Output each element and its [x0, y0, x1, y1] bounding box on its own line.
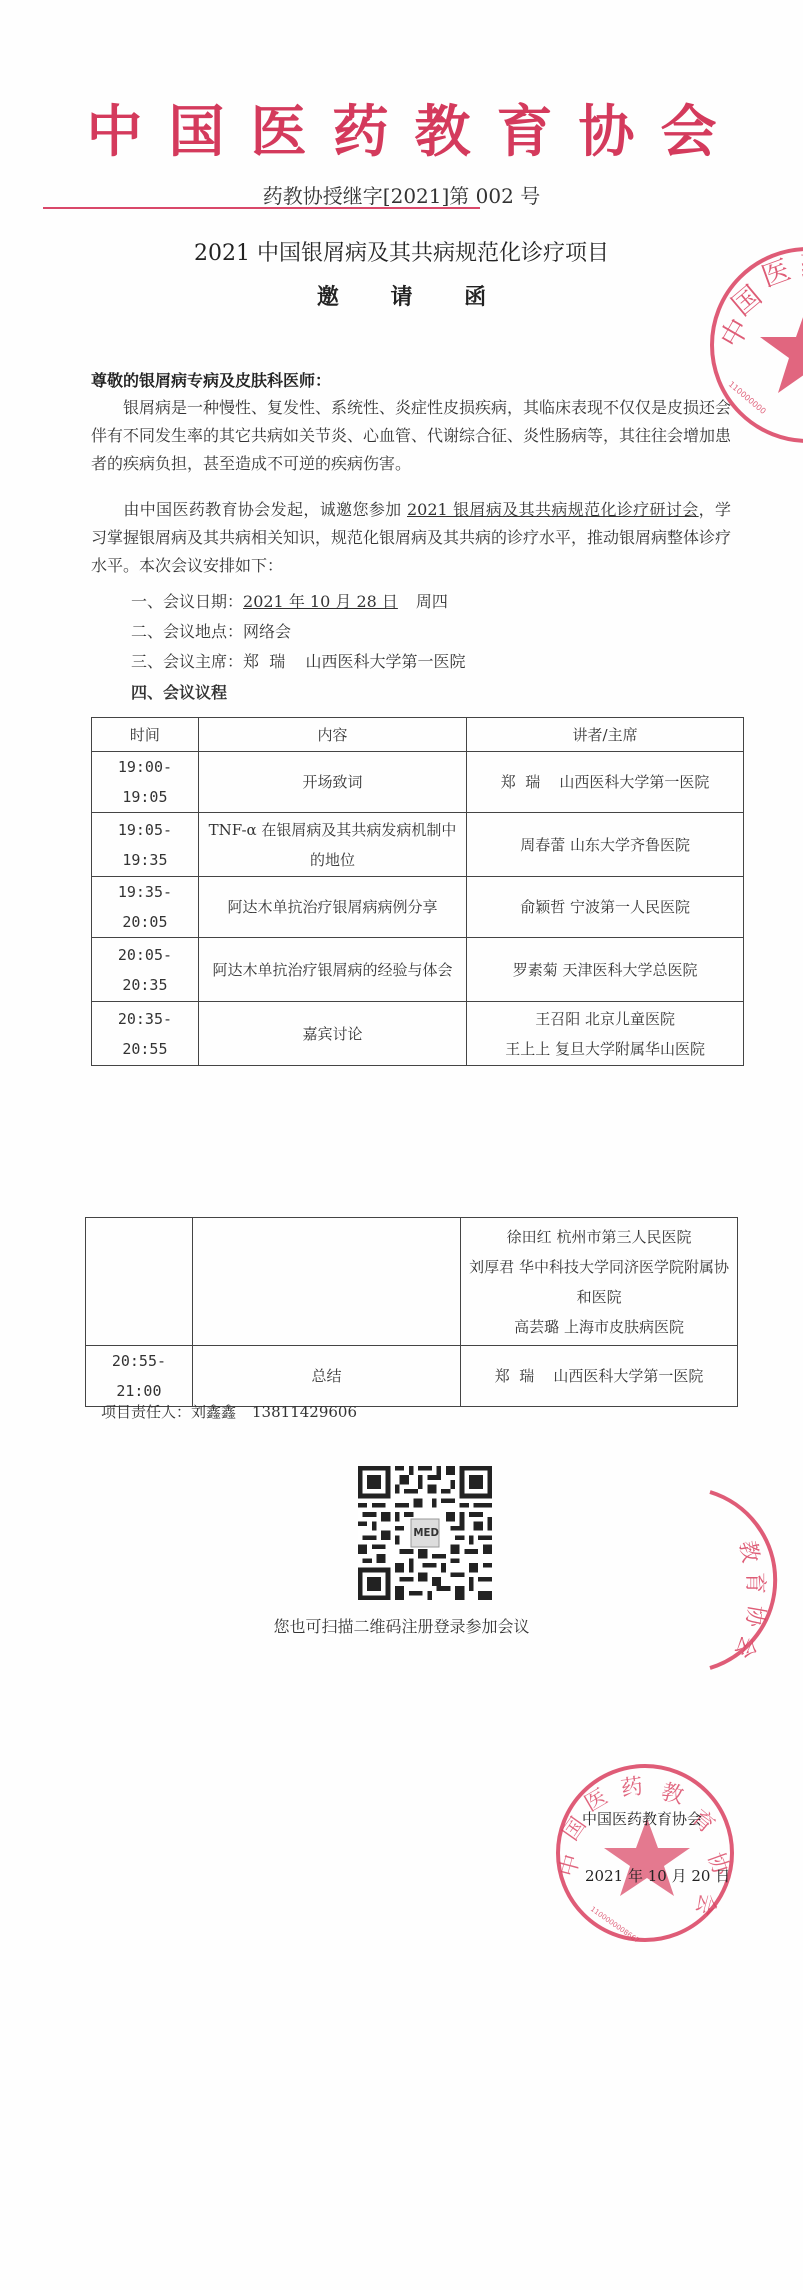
time-cell: 20:05-20:35 — [92, 938, 199, 1002]
speaker-cell: 徐田红 杭州市第三人民医院 刘厚君 华中科技大学同济医学院附属协和医院 高芸璐 … — [461, 1218, 738, 1346]
document-number: 药教协授继字[2021]第 002 号 — [0, 180, 803, 209]
agenda-table-continued: 徐田红 杭州市第三人民医院 刘厚君 华中科技大学同济医学院附属协和医院 高芸璐 … — [85, 1217, 738, 1407]
time-cell: 20:55-21:00 — [86, 1346, 193, 1407]
meeting-agenda-heading: 四、会议议程 — [131, 680, 227, 703]
svg-text:育: 育 — [742, 1572, 767, 1594]
meeting-weekday: 周四 — [416, 592, 448, 611]
time-cell: 20:35-20:55 — [92, 1002, 199, 1066]
meeting-chair-item: 三、会议主席：郑 瑞 山西医科大学第一医院 — [131, 649, 466, 672]
svg-text:协: 协 — [740, 1603, 769, 1630]
time-cell: 19:05-19:35 — [92, 813, 199, 877]
organization-letterhead: 中国医药教育协会 — [0, 98, 803, 168]
content-cell — [192, 1218, 460, 1346]
speaker-cell: 郑 瑞 山西医科大学第一医院 — [461, 1346, 738, 1407]
table-row: 19:00-19:05 开场致词 郑 瑞 山西医科大学第一医院 — [92, 752, 744, 813]
meeting-chair-value: 郑 瑞 山西医科大学第一医院 — [243, 652, 466, 671]
meeting-location-label: 二、会议地点： — [131, 622, 243, 641]
table-row: 19:35-20:05 阿达木单抗治疗银屑病病例分享 俞颖哲 宁波第一人民医院 — [92, 877, 744, 938]
svg-text:会: 会 — [691, 1890, 721, 1918]
speaker-line: 徐田红 杭州市第三人民医院 — [465, 1222, 733, 1252]
project-contact: 项目责任人：刘鑫鑫13811429606 — [101, 1401, 357, 1422]
svg-text:药: 药 — [619, 1774, 644, 1802]
official-seal-stamp-signature: 中 国 医 药 教 育 协 会 1100000008667 — [552, 1760, 738, 1946]
qr-logo: MED — [413, 1528, 438, 1539]
speaker-cell: 郑 瑞 山西医科大学第一医院 — [467, 752, 744, 813]
intro-paragraph: 银屑病是一种慢性、复发性、系统性、炎症性皮损疾病，其临床表现不仅仅是皮损还会伴有… — [91, 394, 731, 478]
signature-date: 2021 年 10 月 20 日 — [585, 1865, 730, 1886]
svg-text:教: 教 — [658, 1780, 686, 1810]
document-type-title: 邀 请 函 — [0, 280, 803, 311]
speaker-cell: 罗素菊 天津医科大学总医院 — [467, 938, 744, 1002]
official-seal-stamp-seam: 教 育 协 会 — [700, 1480, 803, 1680]
signature-organization: 中国医药教育协会 — [582, 1808, 702, 1829]
header-content: 内容 — [198, 718, 466, 752]
contact-person: 项目责任人：刘鑫鑫 — [101, 1403, 236, 1421]
speaker-cell: 俞颖哲 宁波第一人民医院 — [467, 877, 744, 938]
agenda-table: 时间 内容 讲者/主席 19:00-19:05 开场致词 郑 瑞 山西医科大学第… — [91, 717, 744, 1066]
table-row: 19:05-19:35 TNF-α 在银屑病及其共病发病机制中的地位 周春蕾 山… — [92, 813, 744, 877]
meeting-chair-label: 三、会议主席： — [131, 652, 243, 671]
time-cell: 19:35-20:05 — [92, 877, 199, 938]
table-row: 20:55-21:00 总结 郑 瑞 山西医科大学第一医院 — [86, 1346, 738, 1407]
speaker-line: 高芸璐 上海市皮肤病医院 — [465, 1312, 733, 1342]
qr-code-icon: MED — [358, 1465, 492, 1601]
speaker-line: 王召阳 北京儿童医院 — [471, 1004, 739, 1034]
svg-text:教: 教 — [734, 1539, 762, 1565]
meeting-location-item: 二、会议地点：网络会 — [131, 619, 291, 642]
qr-caption: 您也可扫描二维码注册登录参加会议 — [0, 1614, 803, 1637]
header-time: 时间 — [92, 718, 199, 752]
agenda-header-row: 时间 内容 讲者/主席 — [92, 718, 744, 752]
speaker-cell: 周春蕾 山东大学齐鲁医院 — [467, 813, 744, 877]
content-cell: 阿达木单抗治疗银屑病的经验与体会 — [198, 938, 466, 1002]
content-cell: 开场致词 — [198, 752, 466, 813]
meeting-date-item: 一、会议日期：2021 年 10 月 28 日周四 — [131, 589, 448, 612]
meeting-location-value: 网络会 — [243, 622, 291, 641]
content-cell: 阿达木单抗治疗银屑病病例分享 — [198, 877, 466, 938]
contact-phone: 13811429606 — [252, 1403, 357, 1421]
time-cell: 19:00-19:05 — [92, 752, 199, 813]
salutation: 尊敬的银屑病专病及皮肤科医师： — [91, 368, 331, 391]
invitation-prefix: 由中国医药教育协会发起，诚邀您参加 — [123, 500, 407, 519]
meeting-date-value: 2021 年 10 月 28 日 — [243, 592, 398, 611]
content-cell: 总结 — [192, 1346, 460, 1407]
table-row: 20:35-20:55 嘉宾讨论 王召阳 北京儿童医院 王上上 复旦大学附属华山… — [92, 1002, 744, 1066]
speaker-line: 刘厚君 华中科技大学同济医学院附属协和医院 — [465, 1252, 733, 1312]
time-cell — [86, 1218, 193, 1346]
invitation-paragraph: 由中国医药教育协会发起，诚邀您参加 2021 银屑病及其共病规范化诊疗研讨会，学… — [91, 496, 731, 580]
header-speaker: 讲者/主席 — [467, 718, 744, 752]
intro-paragraph-text: 银屑病是一种慢性、复发性、系统性、炎症性皮损疾病，其临床表现不仅仅是皮损还会伴有… — [91, 398, 731, 473]
meeting-date-label: 一、会议日期： — [131, 592, 243, 611]
speaker-cell: 王召阳 北京儿童医院 王上上 复旦大学附属华山医院 — [467, 1002, 744, 1066]
table-row: 徐田红 杭州市第三人民医院 刘厚君 华中科技大学同济医学院附属协和医院 高芸璐 … — [86, 1218, 738, 1346]
content-cell: TNF-α 在银屑病及其共病发病机制中的地位 — [198, 813, 466, 877]
event-name: 2021 银屑病及其共病规范化诊疗研讨会 — [407, 500, 699, 519]
registration-qr-code[interactable]: MED — [358, 1465, 492, 1601]
speaker-line: 王上上 复旦大学附属华山医院 — [471, 1034, 739, 1064]
table-row: 20:05-20:35 阿达木单抗治疗银屑病的经验与体会 罗素菊 天津医科大学总… — [92, 938, 744, 1002]
project-title: 2021 中国银屑病及其共病规范化诊疗项目 — [0, 236, 803, 267]
content-cell: 嘉宾讨论 — [198, 1002, 466, 1066]
letterhead-divider — [43, 207, 480, 209]
official-seal-stamp-top: 中 国 医 药 110000000 — [690, 245, 803, 445]
svg-text:110000000: 110000000 — [727, 380, 768, 416]
